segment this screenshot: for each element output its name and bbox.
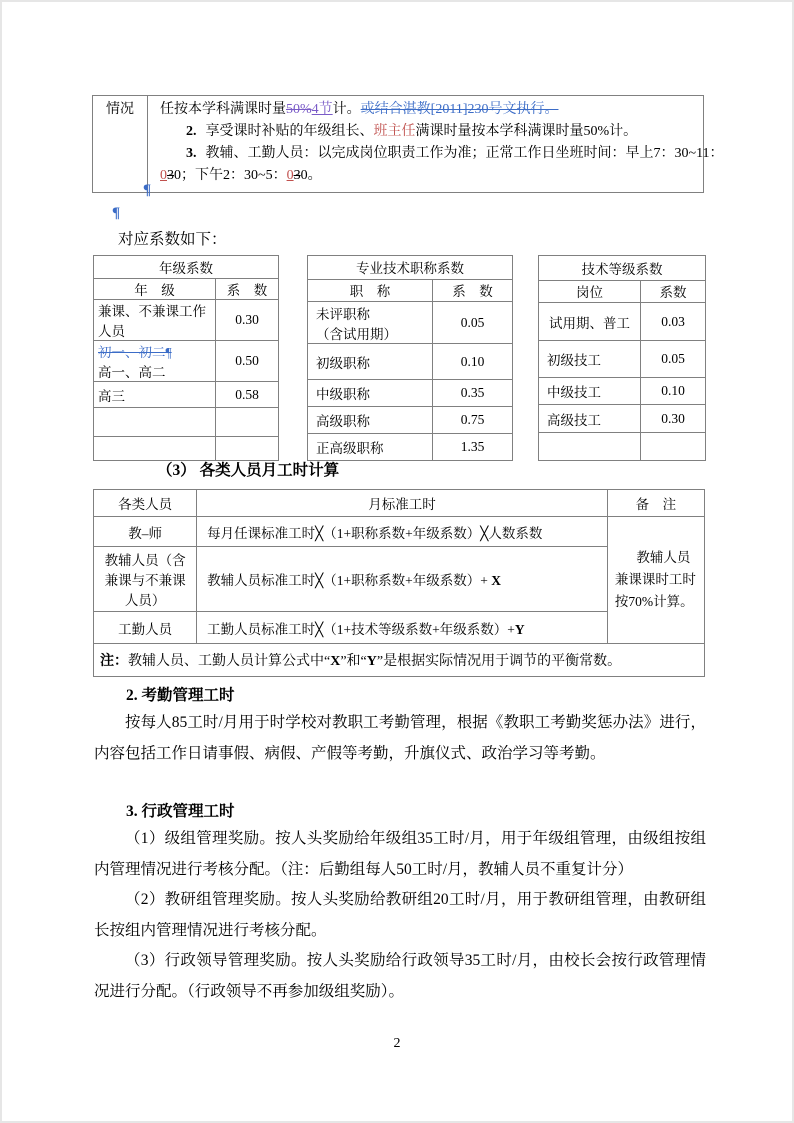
page-number: 2 [2,1036,792,1052]
paragraph: 按每人85工时/月用于时学校对教职工考勤管理，根据《教职工考勤奖惩办法》进行，内… [94,708,706,769]
column-header: 月标准工时 [197,490,608,517]
remark-cell: 教辅人员兼课课时工时按70%计算。 [607,517,704,644]
technical-grade-coefficient-table: 技术等级系数 岗位 系数 试用期、普工 0.03 初级技工 0.05 中级技工 … [538,255,706,461]
table-cell: 兼课、不兼课工作人员 [94,300,216,341]
table-title: 年级系数 [94,256,279,279]
note-label: 注： [100,654,128,669]
document-page: 情况 任按本学科满课时量50%4节计。或结合湛教[2011]230号文执行。 2… [0,0,794,1123]
table-cell: 教辅人员（含兼课与不兼课人员） [94,547,197,612]
table-cell: 1.35 [433,433,513,460]
column-header: 系数 [641,280,706,302]
situation-line-2: 2.享受课时补贴的年级组长、班主任满课时量按本学科满课时量50%计。 [160,121,724,143]
calc-section-heading: （3） 各类人员月工时计算 [157,458,339,480]
text-run: 满课时量按本学科满课时量50%计。 [416,124,638,139]
table-cell: 0.05 [433,301,513,344]
table-cell: 教辅人员标准工时╳（1+职称系数+年级系数）+ X [197,547,608,612]
situation-line-1: 任按本学科满课时量50%4节计。或结合湛教[2011]230号文执行。 [160,99,724,121]
table-cell: 0.35 [433,379,513,406]
table-cell: 0.10 [433,344,513,379]
constant-y: Y [367,654,377,669]
constant-x: X [330,654,340,669]
table-cell: 中级职称 [308,379,433,406]
text-run: ”和“ [340,654,366,669]
table-cell: 0.30 [641,405,706,433]
table-cell: 中级技工 [539,377,641,405]
empty-cell [94,408,216,437]
inserted-text: 0 [287,168,294,183]
column-header: 系 数 [216,279,279,300]
situation-line-3: 3.教辅、工勤人员：以完成岗位职责工作为准；正常工作日坐班时间：早上7：30~1… [160,143,724,165]
inserted-text: 0 [160,168,167,183]
table-cell: 每月任课标准工时╳（1+职称系数+年级系数）╳人数系数 [197,517,608,547]
deleted-text: 50% [286,102,312,117]
table-cell: 未评职称（含试用期） [308,301,433,344]
text-run: 师 [148,526,162,541]
column-header: 岗位 [539,280,641,302]
empty-cell [216,408,279,437]
table-note: 注：教辅人员、工勤人员计算公式中“X”和“Y”是根据实际情况用于调节的平衡常数。 [94,644,705,677]
table-cell: 0.03 [641,302,706,340]
text-run: 教辅、工勤人员：以完成岗位职责工作为准；正常工作日坐班时间：早上7：30~11： [206,146,724,161]
constant-y: Y [515,622,525,637]
table-title: 专业技术职称系数 [308,256,513,280]
deleted-text: 初一、初二¶ [98,345,172,360]
text-run: 享受课时补贴的年级组长、 [206,124,374,139]
situation-line-4: 030；下午2：30~5：030。 [160,165,724,187]
text-run: 0。 [301,168,322,183]
constant-x: X [491,573,501,588]
paragraph-mark: ¶ [143,182,151,199]
table-cell: 初级技工 [539,341,641,377]
situation-content: 任按本学科满课时量50%4节计。或结合湛教[2011]230号文执行。 2.享受… [148,96,730,192]
column-header: 年 级 [94,279,216,300]
section-3-body: （1）级组管理奖励。按人头奖励给年级组35工时/月，用于年级组管理，由级组按组内… [94,824,706,1007]
deleted-text: 3 [167,168,174,183]
text-run: 工勤人员标准工时╳（1+技术等级系数+年级系数）+ [207,622,515,637]
section-3-heading: 3. 行政管理工时 [126,799,235,821]
text-run: 教 [128,526,142,541]
text-run: 任按本学科满课时量 [160,102,286,117]
table-cell: 高级职称 [308,406,433,433]
table-title: 技术等级系数 [539,256,706,281]
table-cell: 0.30 [216,300,279,341]
empty-cell [539,433,641,461]
table-cell: 初级职称 [308,344,433,379]
table-cell: 高三 [94,382,216,408]
paragraph: （1）级组管理奖励。按人头奖励给年级组35工时/月，用于年级组管理，由级组按组内… [94,824,706,885]
table-cell: 高级技工 [539,405,641,433]
paragraph-mark: ¶ [112,205,120,222]
inserted-text: 班主任 [374,124,416,139]
table-cell: 工勤人员 [94,612,197,644]
table-cell: 0.75 [433,406,513,433]
empty-cell [216,437,279,461]
paragraph: （2）教研组管理奖励。按人头奖励给教研组20工时/月，用于教研组管理，由教研组长… [94,885,706,946]
text-run: 高一、高二 [98,365,166,380]
empty-cell [94,437,216,461]
table-cell: 试用期、普工 [539,302,641,340]
situation-row-label: 情况 [93,96,148,192]
empty-cell [641,433,706,461]
text-run: 计。 [333,102,361,117]
situation-table: 情况 任按本学科满课时量50%4节计。或结合湛教[2011]230号文执行。 2… [92,95,704,193]
paragraph: （3）行政领导管理奖励。按人头奖励给行政领导35工时/月，由校长会按行政管理情况… [94,946,706,1007]
text-run: 教辅人员、工勤人员计算公式中“ [128,654,330,669]
intro-text: 对应系数如下： [118,227,227,249]
list-number: 3. [186,146,197,161]
table-cell: 初一、初二¶高一、高二 [94,341,216,382]
inserted-text: 4节 [312,102,333,117]
deleted-text: 或结合湛教[2011]230号文执行。 [361,102,559,117]
coefficient-tables-row: 年级系数 年 级 系 数 兼课、不兼课工作人员 0.30 初一、初二¶高一、高二… [93,255,705,461]
table-cell: 工勤人员标准工时╳（1+技术等级系数+年级系数）+Y [197,612,608,644]
text-run: 未评职称 [316,307,370,322]
column-header: 系 数 [433,279,513,301]
table-cell: 教–师 [94,517,197,547]
list-number: 2. [186,124,197,139]
column-header: 备 注 [607,490,704,517]
section-2-body: 按每人85工时/月用于时学校对教职工考勤管理，根据《教职工考勤奖惩办法》进行，内… [94,708,706,769]
section-2-heading: 2. 考勤管理工时 [126,683,235,705]
professional-rank-coefficient-table: 专业技术职称系数 职 称 系 数 未评职称（含试用期） 0.05 初级职称 0.… [307,255,513,461]
table-cell: 0.58 [216,382,279,408]
grade-coefficient-table: 年级系数 年 级 系 数 兼课、不兼课工作人员 0.30 初一、初二¶高一、高二… [93,255,279,461]
table-cell: 0.10 [641,377,706,405]
table-cell: 0.05 [641,341,706,377]
table-cell: 正高级职称 [308,433,433,460]
text-run: ”是根据实际情况用于调节的平衡常数。 [377,654,621,669]
column-header: 各类人员 [94,490,197,517]
deleted-text: 3 [294,168,301,183]
text-run: 0；下午2：30~5： [174,168,287,183]
text-run: （含试用期） [316,327,397,342]
text-run: 教辅人员标准工时╳（1+职称系数+年级系数）+ [207,573,491,588]
monthly-hours-table: 各类人员 月标准工时 备 注 教–师 每月任课标准工时╳（1+职称系数+年级系数… [93,489,705,677]
table-cell: 0.50 [216,341,279,382]
column-header: 职 称 [308,279,433,301]
